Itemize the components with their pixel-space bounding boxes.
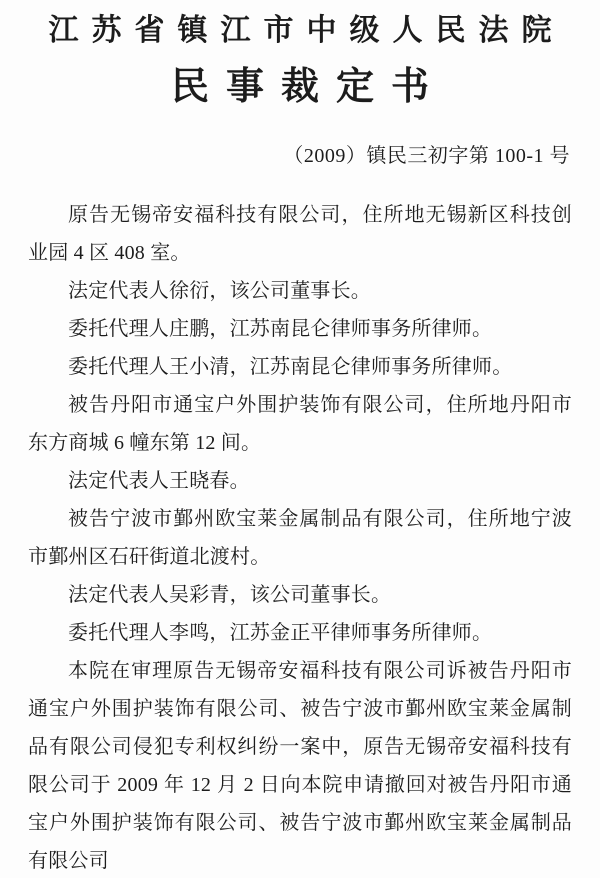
document-title: 民事裁定书 <box>28 64 589 110</box>
paragraph-defendant-2: 被告宁波市鄞州欧宝莱金属制品有限公司，住所地宁波市鄞州区石矸街道北渡村。 <box>28 500 572 576</box>
case-number: （2009）镇民三初字第 100-1 号 <box>28 144 570 168</box>
document-body: 原告无锡帝安福科技有限公司，住所地无锡新区科技创业园 4 区 408 室。 法定… <box>28 196 572 878</box>
paragraph-plaintiff-rep: 法定代表人徐衍，该公司董事长。 <box>28 272 572 310</box>
paragraph-plaintiff: 原告无锡帝安福科技有限公司，住所地无锡新区科技创业园 4 区 408 室。 <box>28 196 572 272</box>
paragraph-case-statement: 本院在审理原告无锡帝安福科技有限公司诉被告丹阳市通宝户外围护装饰有限公司、被告宁… <box>28 652 572 878</box>
paragraph-defendant-2-agent: 委托代理人李鸣，江苏金正平律师事务所律师。 <box>28 614 572 652</box>
paragraph-defendant-2-rep: 法定代表人吴彩青，该公司董事长。 <box>28 576 572 614</box>
paragraph-plaintiff-agent-1: 委托代理人庄鹏，江苏南昆仑律师事务所律师。 <box>28 310 572 348</box>
court-name: 江苏省镇江市中级人民法院 <box>28 12 585 50</box>
paragraph-defendant-1: 被告丹阳市通宝户外围护装饰有限公司，住所地丹阳市东方商城 6 幢东第 12 间。 <box>28 386 572 462</box>
paragraph-plaintiff-agent-2: 委托代理人王小清，江苏南昆仑律师事务所律师。 <box>28 348 572 386</box>
document-page: 江苏省镇江市中级人民法院 民事裁定书 （2009）镇民三初字第 100-1 号 … <box>0 0 600 878</box>
document-header: 江苏省镇江市中级人民法院 民事裁定书 （2009）镇民三初字第 100-1 号 <box>28 12 572 168</box>
paragraph-defendant-1-rep: 法定代表人王晓春。 <box>28 462 572 500</box>
